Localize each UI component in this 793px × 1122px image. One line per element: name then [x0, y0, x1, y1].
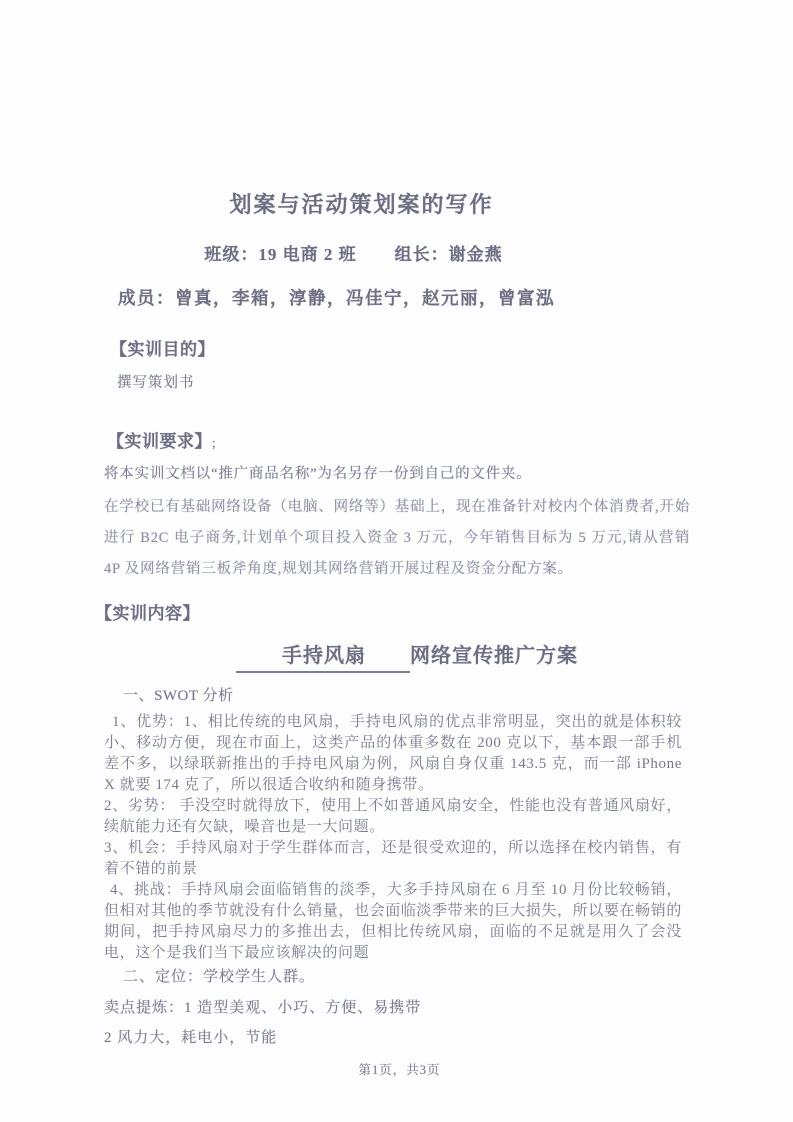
requirements-paragraph: 在学校已有基础网络设备（电脑、网络等）基础上，现在准备针对校内个体消费者,开始进… [104, 492, 690, 585]
page-number: 第1页，共3页 [104, 1062, 695, 1079]
purpose-text: 撰写策划书 [104, 373, 695, 393]
members-line: 成员：曾真，李箱，淳静，冯佳宁，赵元丽，曾富泓 [104, 286, 695, 311]
doc-title: 划案与活动策划案的写作 [66, 190, 657, 220]
swot-heading: 一、SWOT 分析 [104, 686, 695, 706]
leader-label: 组长：谢金燕 [395, 243, 503, 267]
requirements-save-line: 将本实训文档以“推广商品名称”为名另存一份到自己的文件夹。 [104, 464, 695, 484]
section-heading-content: 【实训内容】 [95, 602, 695, 625]
swot-item-threats: 4、挑战：手持风扇会面临销售的淡季，大多手持风扇在 6 月至 10 月份比较畅销… [104, 880, 682, 964]
scanned-page: 划案与活动策划案的写作 班级：19 电商 2 班 组长：谢金燕 成员：曾真，李箱… [0, 0, 793, 1122]
class-label: 班级：19 电商 2 班 [204, 243, 356, 267]
plan-title-rest: 网络宣传推广方案 [410, 645, 578, 667]
requirements-heading-suffix: ; [212, 435, 216, 450]
requirements-heading-text: 【实训要求】 [107, 432, 212, 451]
class-leader-line: 班级：19 电商 2 班 组长：谢金燕 [58, 243, 649, 267]
swot-item-strengths: 1、优势：1、相比传统的电风扇，手持电风扇的优点非常明显，突出的就是体积较小、移… [104, 712, 682, 796]
selling-points-line-1: 卖点提炼：1 造型美观、小巧、方便、易携带 [104, 998, 695, 1019]
swot-item-weaknesses: 2、劣势： 手没空时就得放下，使用上不如普通风扇安全，性能也没有普通风扇好，续航… [104, 796, 682, 838]
plan-title-line: 手持风扇网络宣传推广方案 [104, 643, 695, 673]
swot-item-opportunities: 3、机会：手持风扇对于学生群体而言，还是很受欢迎的，所以选择在校内销售，有着不错… [104, 838, 682, 880]
selling-points-line-2: 2 风力大，耗电小，节能 [104, 1028, 695, 1049]
section-heading-purpose: 【实训目的】 [104, 338, 695, 361]
section-heading-requirements: 【实训要求】; [104, 430, 695, 454]
positioning-line: 二、定位：学校学生人群。 [104, 967, 695, 988]
swot-analysis-block: 1、优势：1、相比传统的电风扇，手持电风扇的优点非常明显，突出的就是体积较小、移… [104, 712, 695, 964]
plan-product-blank: 手持风扇 [236, 643, 410, 673]
document-body: 划案与活动策划案的写作 班级：19 电商 2 班 组长：谢金燕 成员：曾真，李箱… [0, 0, 793, 1079]
